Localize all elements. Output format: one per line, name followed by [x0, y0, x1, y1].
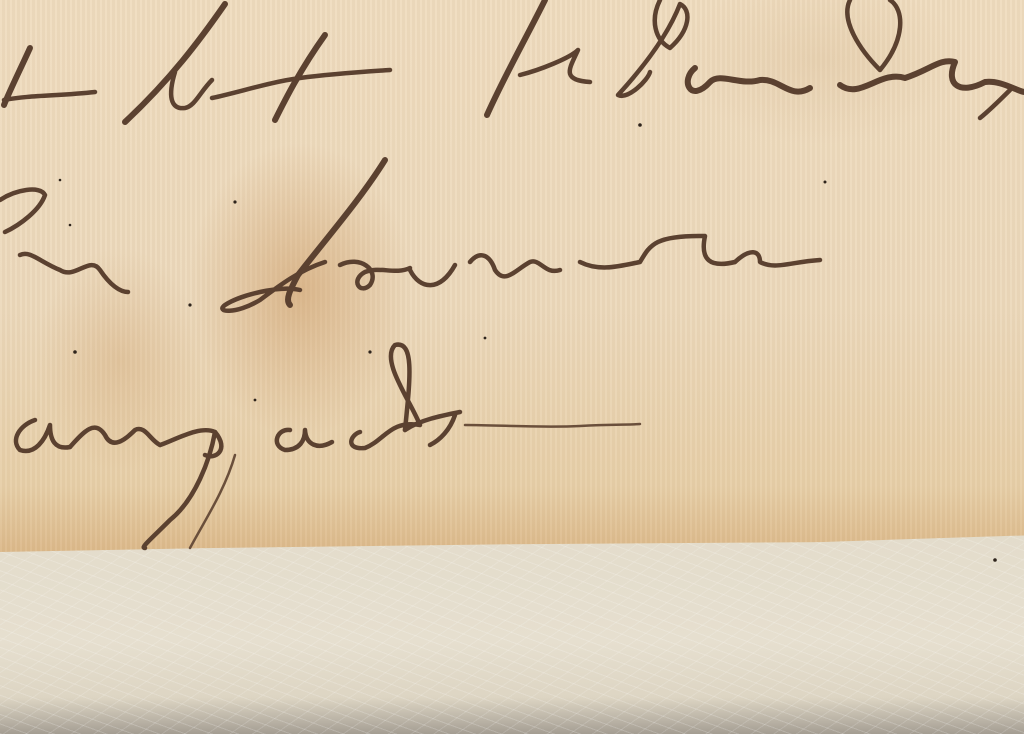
- handwriting-line-2: [0, 160, 820, 311]
- manuscript-photo: …t het bedonden… …en komen …aangaads: [0, 0, 1024, 734]
- ink-specks: [59, 123, 997, 562]
- handwriting-line-3: [16, 345, 640, 548]
- handwriting-ink: [0, 0, 1024, 734]
- handwriting-line-1: [4, 0, 1024, 122]
